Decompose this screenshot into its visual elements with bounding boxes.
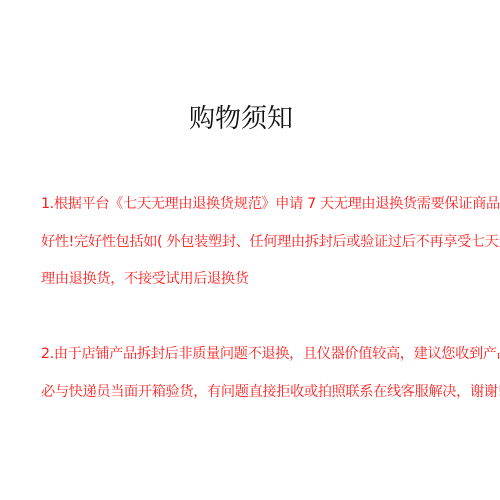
notice-1-line-1: 1.根据平台《七天无理由退换货规范》申请 7 天无理由退换货需要保证商品的完 [41,186,486,224]
page-title: 购物须知 [0,101,482,137]
notice-1-line-3: 理由退换货，不接受试用后退换货 [41,261,486,299]
notice-paragraph-2: 2.由于店铺产品拆封后非质量问题不退换，且仪器价值较高，建议您收到产品务 必与快… [41,336,486,411]
notice-paragraph-1: 1.根据平台《七天无理由退换货规范》申请 7 天无理由退换货需要保证商品的完 好… [41,186,486,299]
notice-1-line-2: 好性!完好性包括如( 外包装塑封、任何理由拆封后或验证过后不再享受七天无 [41,224,486,262]
notice-2-line-1: 2.由于店铺产品拆封后非质量问题不退换，且仪器价值较高，建议您收到产品务 [41,336,486,374]
notice-2-line-2: 必与快递员当面开箱验货，有问题直接拒收或拍照联系在线客服解决，谢谢! [41,374,486,412]
shopping-notice-page: 购物须知 1.根据平台《七天无理由退换货规范》申请 7 天无理由退换货需要保证商… [0,0,500,500]
